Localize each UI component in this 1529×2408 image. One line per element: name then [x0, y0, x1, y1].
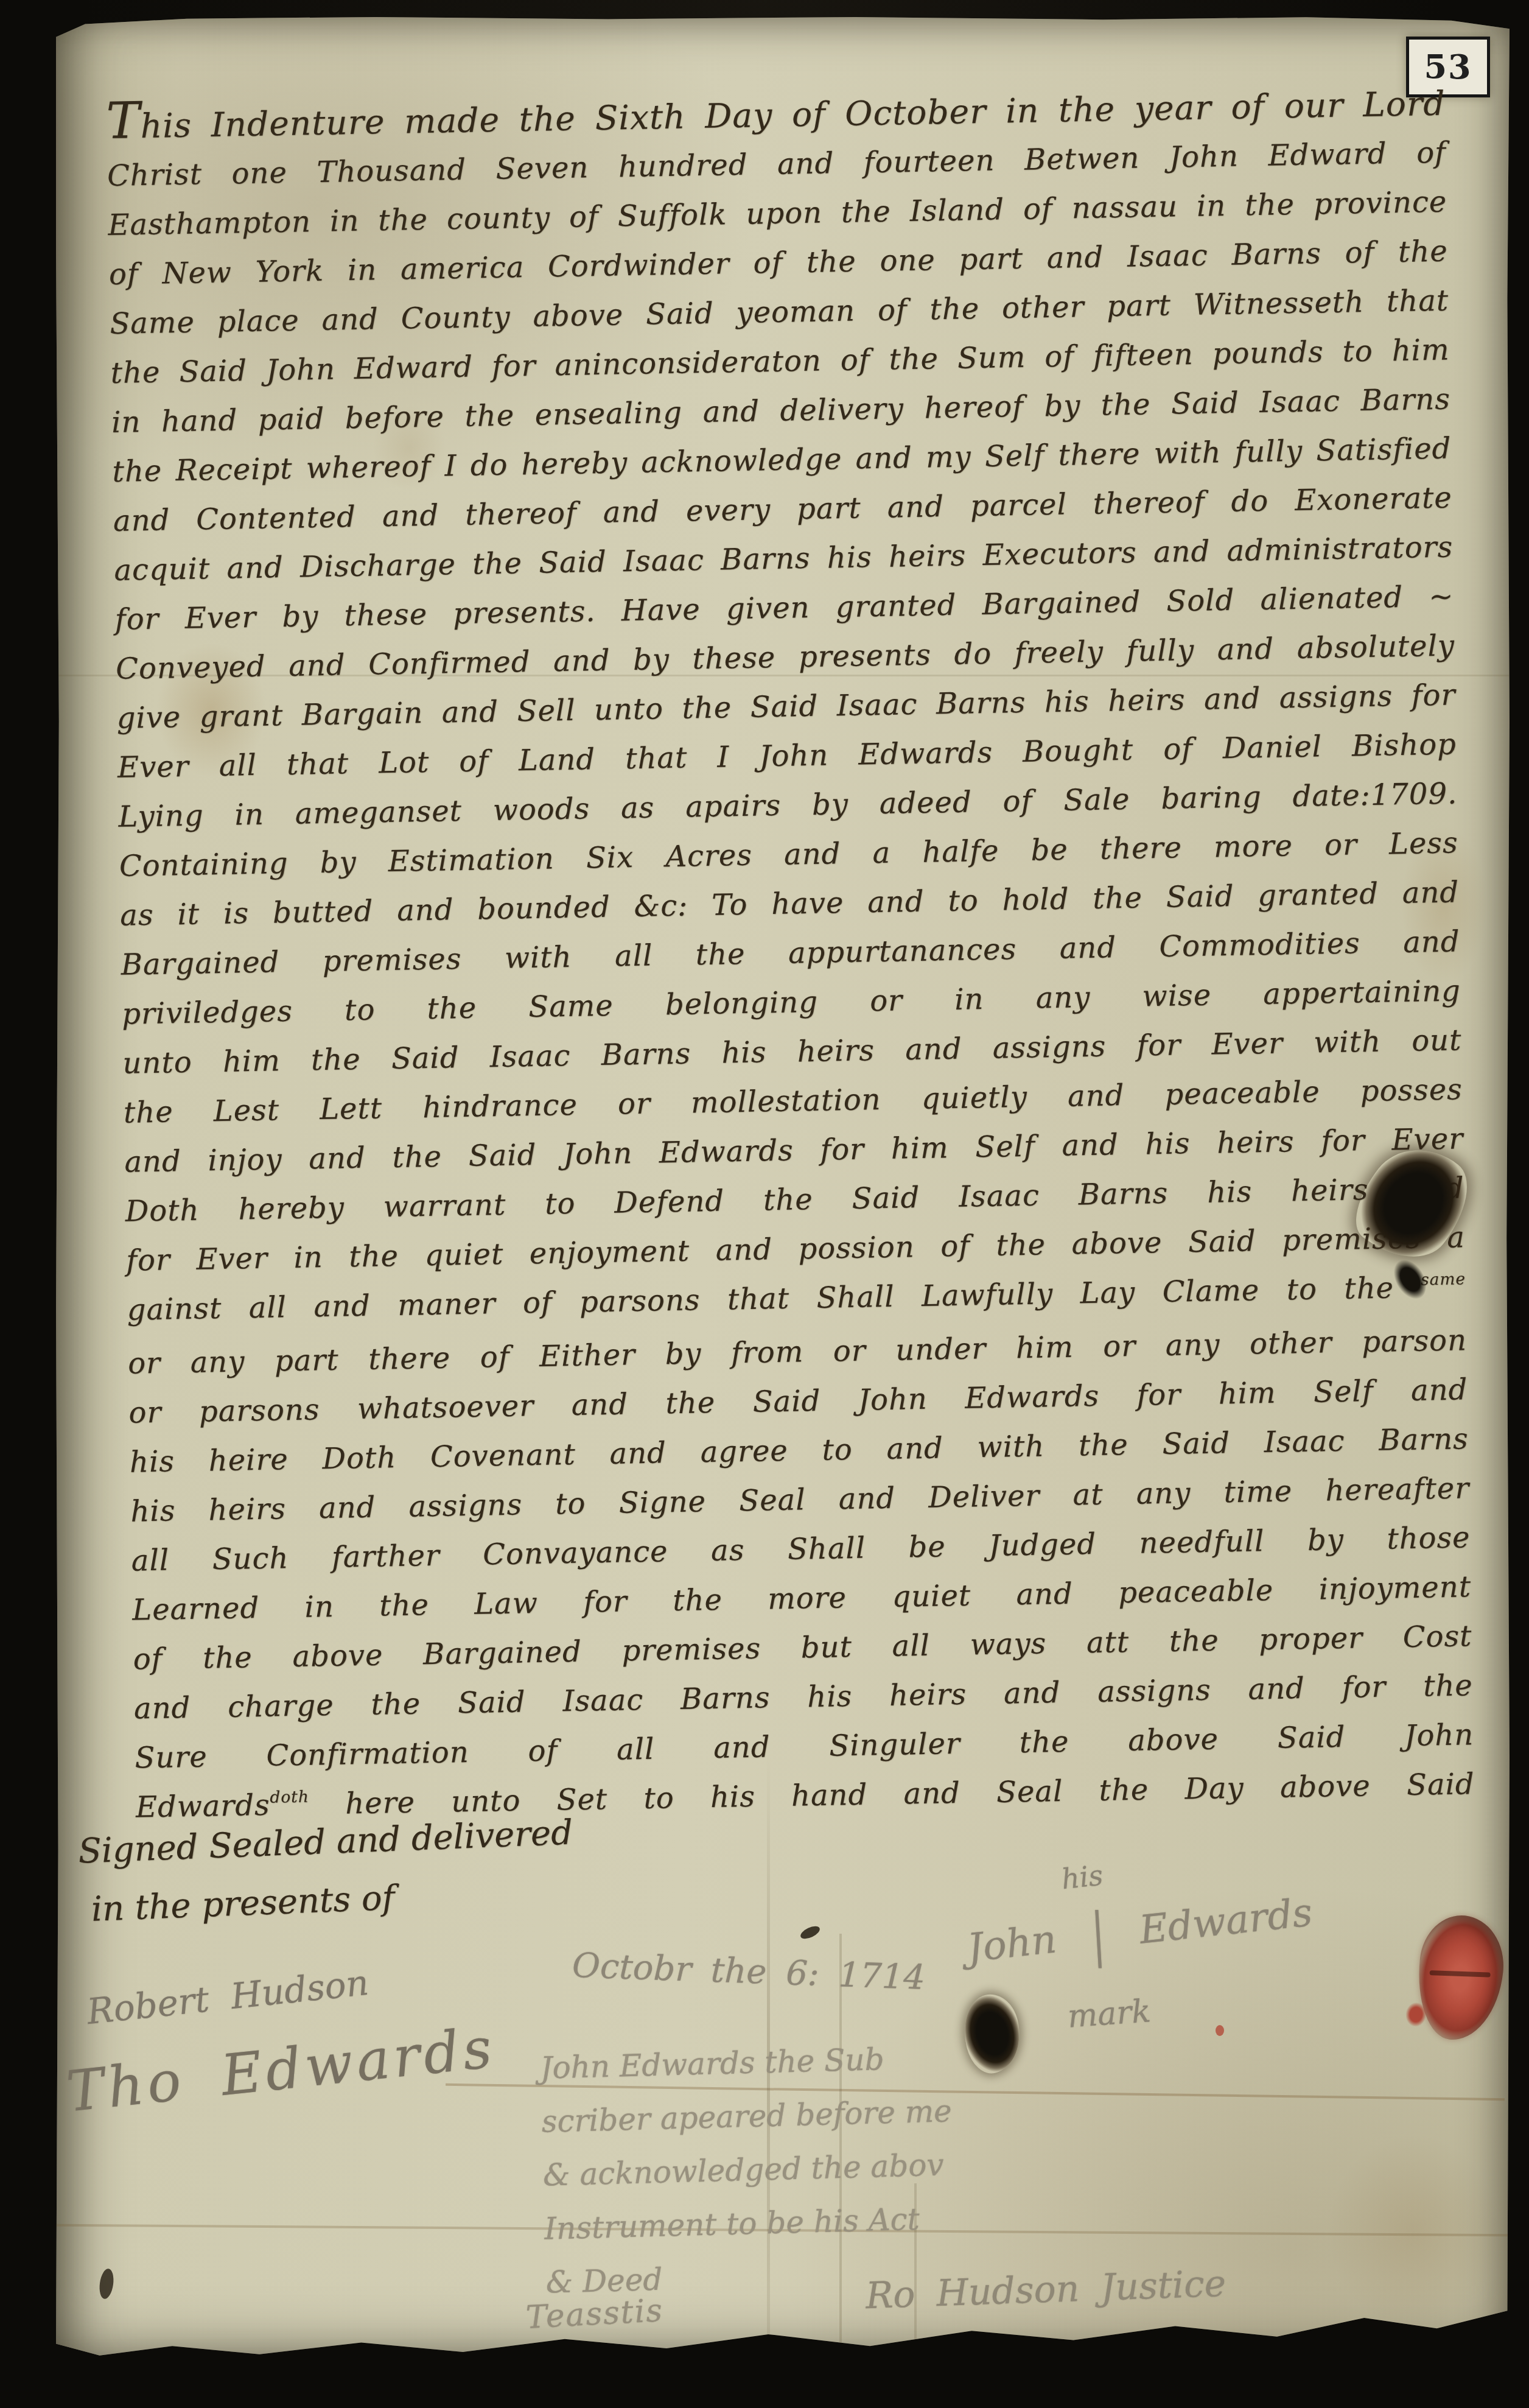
acknowledgment-line: Instrument to be his Act — [544, 2191, 955, 2256]
signature-his-label: his — [1060, 1859, 1104, 1896]
ink-blot-small — [956, 1989, 1029, 2078]
paper: 53 This Indenture made the Sixth Day of … — [56, 16, 1510, 2367]
ink-speck — [98, 2268, 116, 2300]
acknowledgment-date: Octobr the 6: 1714 — [572, 1946, 926, 1998]
acknowledgment-text: John Edwards the Subscriber apeared befo… — [539, 2031, 956, 2309]
wax-fleck — [1216, 2025, 1224, 2036]
wax-seal — [1412, 1911, 1509, 2044]
signature-first-name: John — [965, 1917, 1059, 1971]
witness-signature-tho-edwards: Tho Edwards — [63, 2015, 498, 2124]
closing-block: Signed Sealed and delivered in the prese… — [77, 1803, 576, 1939]
ink-speck — [799, 1924, 822, 1942]
photograph-background: 53 This Indenture made the Sixth Day of … — [0, 0, 1529, 2408]
paper-stain — [1328, 2135, 1499, 2329]
witness-signature-robert-hudson: Robert Hudson — [85, 1962, 371, 2032]
signature-last-name: Edwards — [1137, 1890, 1314, 1953]
attest-label: Teasstis — [525, 2292, 665, 2336]
signature-mark: | — [1090, 1901, 1107, 1969]
signature-name: John|Edwards — [965, 1890, 1315, 1971]
signature-mark-label: mark — [1066, 1993, 1152, 2035]
manuscript-body: This Indenture made the Sixth Day of Oct… — [106, 79, 1475, 1837]
